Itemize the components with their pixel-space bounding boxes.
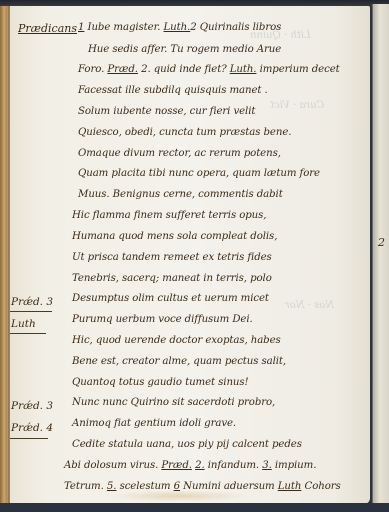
manuscript-line: Purumq uerbum voce diffusum Dei.: [72, 314, 253, 325]
manuscript-line: Tetrum. 5. scelestum 6 Numini aduersum L…: [64, 481, 341, 492]
manuscript-line: Quantoq totus gaudio tumet sinus!: [72, 377, 249, 388]
manuscript-line: Hue sedis affer. Tu rogem medio Arue: [88, 44, 281, 55]
manuscript-line: Hic flamma finem sufferet terris opus,: [72, 210, 266, 221]
manuscript-line: Solum iubente nosse, cur fieri velit: [78, 106, 255, 117]
adjacent-page-edge: [372, 4, 389, 504]
manuscript-line: Facessat ille subdilq quisquis manet .: [78, 85, 268, 96]
manuscript-line: Quam placita tibi nunc opera, quam lætum…: [78, 168, 320, 179]
speaker-name: Præd.: [161, 460, 192, 471]
cue-number: 1: [78, 22, 84, 33]
speaker-name: Luth.: [164, 22, 191, 33]
manuscript-line: 1 Iube magister. Luth.2 Quirinalis libro…: [78, 22, 281, 33]
manuscript-line: Desumptus olim cultus et uerum micet: [72, 293, 269, 304]
line-text: scelestum: [120, 481, 171, 492]
line-text: Tetrum.: [64, 481, 104, 492]
manuscript-line: Humana quod mens sola compleat dolis,: [72, 231, 277, 242]
line-text: Quirinalis libros: [200, 22, 282, 33]
margin-rule: [10, 311, 52, 312]
manuscript-line: Hic, quod uerende doctor exoptas, habes: [72, 335, 281, 346]
manuscript-line: Animoq fiat gentium idoli grave.: [72, 418, 236, 429]
adjacent-page-mark: 2: [378, 236, 385, 249]
line-text: Abi dolosum virus.: [64, 460, 158, 471]
bleed-through-text: Cura · Vict: [270, 100, 324, 111]
manuscript-line: Nunc nunc Quirino sit sacerdoti probro,: [72, 397, 275, 408]
manuscript-line: Muus. Benignus cerne, commentis dabit: [78, 189, 283, 200]
scan-bottom-edge: [0, 503, 389, 512]
margin-rule: [10, 333, 46, 334]
binding-fold: [8, 6, 10, 504]
line-text: Numini aduersum: [183, 481, 274, 492]
line-text: imperium decet: [260, 64, 340, 75]
manuscript-line: Tenebris, sacerq; maneat in terris, polo: [72, 273, 272, 284]
speaker-name: Præd.: [107, 64, 138, 75]
speaker-name: Luth.: [230, 64, 257, 75]
manuscript-line: Omaque divum rector, ac rerum potens,: [78, 148, 281, 159]
cue-number: 3.: [262, 460, 272, 471]
cue-number: 2.: [195, 460, 205, 471]
margin-rule: [10, 438, 48, 439]
manuscript-line: Abi dolosum virus. Præd. 2. infandum. 3.…: [64, 460, 316, 471]
line-text: Foro.: [78, 64, 104, 75]
line-text: Cohors: [305, 481, 341, 492]
cue-number: 5.: [107, 481, 117, 492]
line-text: quid inde fiet?: [154, 64, 227, 75]
cue-number: 6: [174, 481, 180, 492]
manuscript-line: Quiesco, obedi, cuncta tum præstas bene.: [78, 127, 291, 138]
margin-label: Prǽd. 3: [11, 400, 53, 412]
manuscript-line: Ut prisca tandem remeet ex tetris fides: [72, 252, 272, 263]
manuscript-line: Bene est, creator alme, quam pectus sali…: [72, 356, 286, 367]
margin-label: Luth: [11, 318, 36, 330]
cue-number: 2.: [141, 64, 151, 75]
speaker-heading: Prædicans: [18, 22, 77, 35]
line-text: infandum.: [208, 460, 259, 471]
line-text: impium.: [275, 460, 316, 471]
manuscript-line: Cedite statula uana, uos piy pij calcent…: [72, 439, 302, 450]
speaker-name: Luth: [278, 481, 302, 492]
cue-number: 2: [190, 22, 196, 33]
manuscript-line: Foro. Præd. 2. quid inde fiet? Luth. imp…: [78, 64, 340, 75]
line-text: Iube magister.: [88, 22, 161, 33]
margin-label: Prǽd. 3: [11, 296, 53, 308]
margin-label: Prǽd. 4: [11, 422, 53, 434]
bleed-through-text: Nos · Nor: [285, 300, 334, 311]
